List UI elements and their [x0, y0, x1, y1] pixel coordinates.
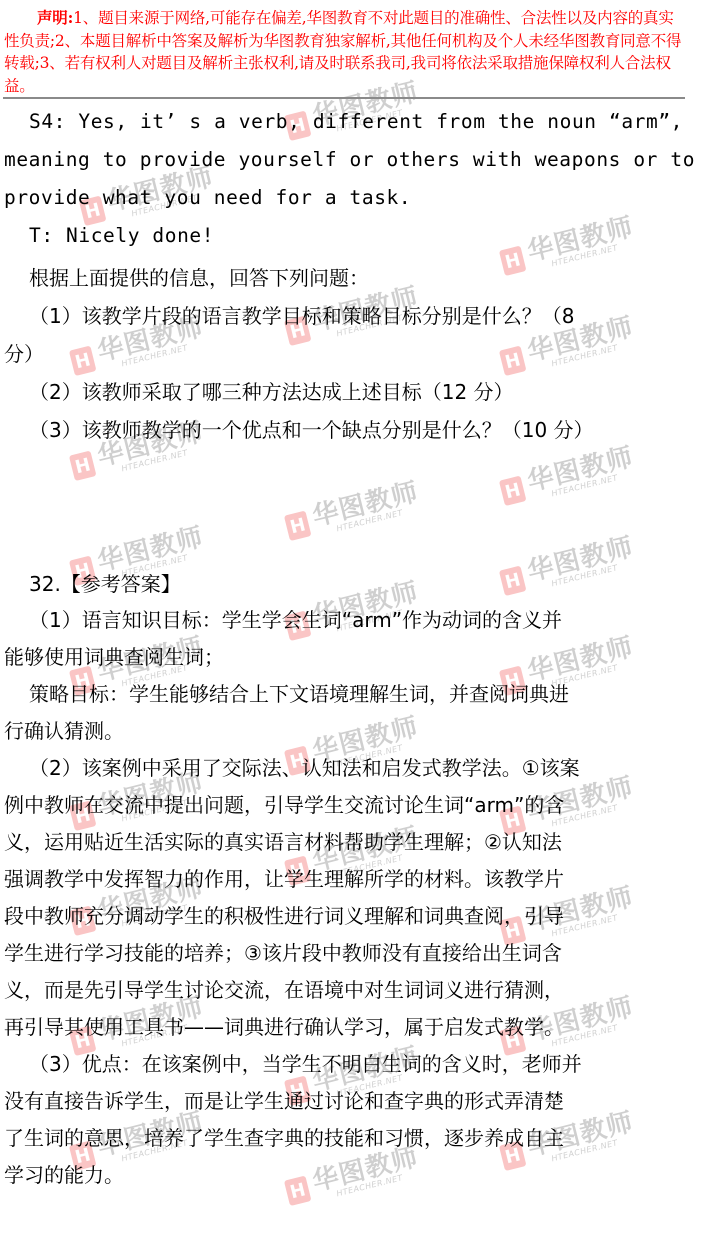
question-1-line1: （1）该教学片段的语言教学目标和策略目标分别是什么？（8	[29, 300, 574, 329]
answer-2-line: 义，而是先引导学生讨论交流，在语境中对生词词义进行猜测，	[4, 974, 564, 1003]
questions-intro: 根据上面提供的信息，回答下列问题：	[29, 262, 369, 291]
logo-icon: H	[499, 246, 527, 277]
answer-1-line: 能够使用词典查阅生词；	[4, 641, 224, 670]
answer-3-line: （3）优点：在该案例中，当学生不明白生词的含义时，老师并	[29, 1048, 582, 1077]
answer-3-line: 了生词的意思，培养了学生查字典的技能和习惯，逐步养成自主	[4, 1122, 564, 1151]
logo-icon: H	[499, 566, 527, 597]
answer-2-line: （2）该案例中采用了交际法、认知法和启发式教学法。①该案	[29, 752, 580, 781]
dialogue-s4-line2: meaning to provide yourself or others wi…	[4, 148, 695, 171]
answer-3-line: 学习的能力。	[4, 1159, 124, 1188]
disclaimer-text: 1、题目来源于网络,可能存在偏差,华图教育不对此题目的准确性、合法性以及内容的真…	[4, 9, 681, 95]
watermark: H华图教师HTEACHER.NET	[283, 1144, 423, 1210]
watermark: H华图教师HTEACHER.NET	[498, 214, 638, 280]
answer-2-line: 段中教师充分调动学生的积极性进行词义理解和词典查阅，引导	[4, 900, 564, 929]
question-2: （2）该教师采取了哪三种方法达成上述目标（12 分）	[29, 376, 514, 405]
logo-icon: H	[69, 451, 97, 482]
answer-1-line: 行确认猜测。	[4, 715, 124, 744]
disclaimer-label: 声明:	[37, 8, 73, 27]
logo-icon: H	[499, 346, 527, 377]
answer-1-line: 策略目标：学生能够结合上下文语境理解生词，并查阅词典进	[29, 678, 569, 707]
dialogue-s4-line1: S4: Yes, it’ s a verb, different from th…	[29, 110, 683, 133]
answer-1-line: （1）语言知识目标：学生学会生词“arm”作为动词的含义并	[29, 604, 562, 633]
question-1-line2: 分）	[4, 338, 44, 367]
answer-2-line: 学生进行学习技能的培养；③该片段中教师没有直接给出生词含	[4, 937, 562, 966]
answer-2-line: 义，运用贴近生活实际的真实语言材料帮助学生理解；②认知法	[4, 826, 562, 855]
watermark: H华图教师HTEACHER.NET	[283, 479, 423, 545]
logo-icon: H	[499, 476, 527, 507]
disclaimer: 声明:1、题目来源于网络,可能存在偏差,华图教育不对此题目的准确性、合法性以及内…	[4, 7, 688, 97]
logo-icon: H	[69, 346, 97, 377]
header-divider	[3, 97, 685, 99]
answer-heading: 32.【参考答案】	[29, 568, 181, 597]
answer-2-line: 例中教师在交流中提出问题，引导学生交流讨论生词“arm”的含	[4, 789, 564, 818]
watermark: H华图教师HTEACHER.NET	[498, 534, 638, 600]
question-3: （3）该教师教学的一个优点和一个缺点分别是什么？（10 分）	[29, 414, 594, 443]
dialogue-s4-line3: provide what you need for a task.	[4, 186, 411, 209]
logo-icon: H	[284, 1176, 312, 1207]
dialogue-teacher: T: Nicely done!	[29, 224, 214, 247]
answer-2-line: 再引导其使用工具书——词典进行确认学习，属于启发式教学。	[4, 1011, 564, 1040]
watermark: H华图教师HTEACHER.NET	[498, 444, 638, 510]
logo-icon: H	[284, 511, 312, 542]
answer-2-line: 强调教学中发挥智力的作用，让学生理解所学的材料。该教学片	[4, 863, 564, 892]
answer-3-line: 没有直接告诉学生，而是让学生通过讨论和查字典的形式弄清楚	[4, 1085, 564, 1114]
